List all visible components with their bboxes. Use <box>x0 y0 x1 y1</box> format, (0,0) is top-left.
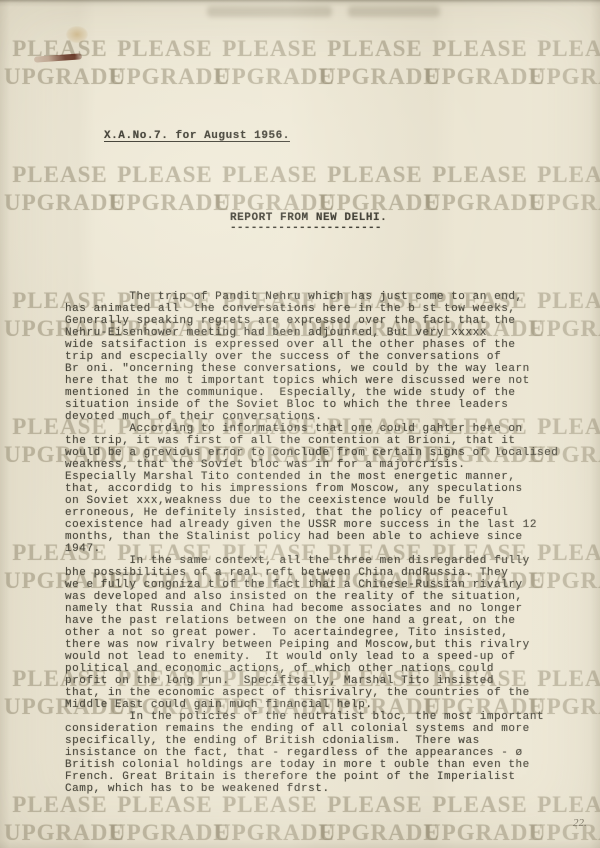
watermark-tile: PLEASEUPGRADE <box>529 35 600 91</box>
watermark-tile: PLEASEUPGRADE <box>214 791 326 847</box>
document-body-text: The trip of Pandit Nehru which has just … <box>65 291 558 795</box>
watermark-tile: PLEASEUPGRADE <box>529 791 600 847</box>
watermark-tile: PLEASEUPGRADE <box>4 161 116 217</box>
watermark-tile: PLEASEUPGRADE <box>319 791 431 847</box>
watermark-tile: PLEASEUPGRADE <box>109 791 221 847</box>
watermark-tile: PLEASEUPGRADE <box>109 161 221 217</box>
watermark-tile: PLEASEUPGRADE <box>424 791 536 847</box>
watermark-tile: PLEASEUPGRADE <box>319 35 431 91</box>
watermark-tile: PLEASEUPGRADE <box>424 35 536 91</box>
paper-stain <box>66 26 88 43</box>
watermark-tile: PLEASEUPGRADE <box>529 161 600 217</box>
watermark-tile: PLEASEUPGRADE <box>214 161 326 217</box>
watermark-tile: PLEASEUPGRADE <box>4 791 116 847</box>
watermark-tile: PLEASEUPGRADE <box>214 35 326 91</box>
watermark-tile: PLEASEUPGRADE <box>424 161 536 217</box>
scanned-document-page: PLEASEUPGRADEPLEASEUPGRADEPLEASEUPGRADEP… <box>0 0 600 848</box>
watermark-tile: PLEASEUPGRADE <box>319 161 431 217</box>
report-heading-underline: ---------------------- <box>230 222 382 234</box>
watermark-tile: PLEASEUPGRADE <box>4 35 116 91</box>
watermark-tile: PLEASEUPGRADE <box>109 35 221 91</box>
ink-bleedthrough <box>348 6 440 17</box>
ink-bleedthrough <box>207 6 332 17</box>
handwritten-page-number: 22. <box>573 817 587 829</box>
red-ink-mark <box>34 53 82 62</box>
document-reference-title: X.A.No.7. for August 1956. <box>104 130 290 142</box>
